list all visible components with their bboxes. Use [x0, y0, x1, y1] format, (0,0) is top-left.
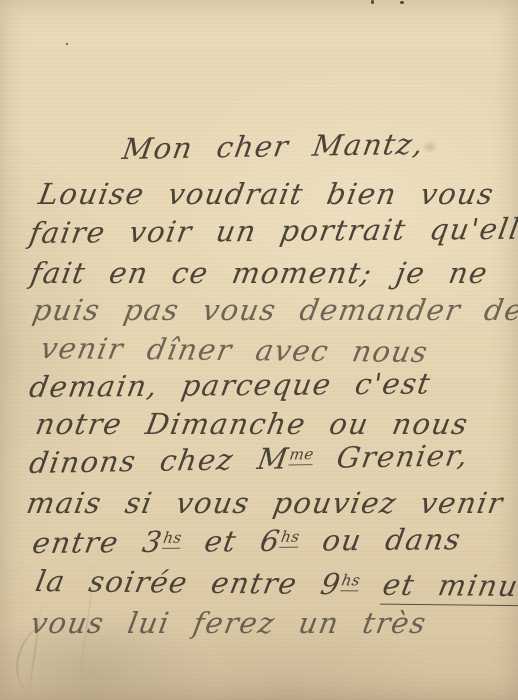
- handwriting-text: la soirée entre 9: [33, 564, 344, 601]
- handwriting-text: dinons chez M: [27, 441, 292, 480]
- letter-line: la soirée entre 9hs et minuit: [33, 564, 518, 603]
- handwriting-text: notre Dimanche ou nous: [33, 407, 471, 441]
- handwriting-text: Louise voudrait bien vous: [36, 177, 497, 211]
- letter-line: demain, parceque c'est: [27, 367, 434, 404]
- handwriting-text: Grenier,: [311, 438, 472, 475]
- ink-speck: [400, 1, 404, 4]
- handwriting-text: venir dîner avec nous: [38, 331, 431, 369]
- letter-line: mais si vous pouviez venir: [24, 486, 507, 520]
- underlined-phrase: et minuit: [379, 568, 518, 607]
- handwriting-text: faire voir un portrait qu'elle: [27, 212, 518, 250]
- handwriting-text: et 6: [178, 524, 283, 559]
- letter-line: fait en ce moment; je ne: [28, 256, 491, 290]
- letter-line: entre 3hs et 6hs ou dans: [30, 522, 464, 560]
- letter-line: Louise voudrait bien vous: [36, 177, 497, 211]
- salutation-line: Mon cher Mantz,: [120, 127, 427, 166]
- handwriting-text: mais si vous pouviez venir: [24, 486, 507, 520]
- handwriting-text: Mon cher Mantz,: [120, 127, 427, 166]
- letter-line: venir dîner avec nous: [38, 331, 431, 369]
- ink-speck: [66, 43, 68, 45]
- letter-line: puis pas vous demander de: [30, 293, 518, 327]
- letter-line: faire voir un portrait qu'elle: [27, 212, 518, 250]
- letter-line: dinons chez Mme Grenier,: [27, 438, 471, 480]
- letter-line: vous lui ferez un très: [28, 606, 430, 640]
- handwriting-text: demain, parceque c'est: [27, 367, 434, 404]
- handwriting-text: entre 3: [30, 525, 166, 560]
- letter-page: Mon cher Mantz, Louise voudrait bien vou…: [0, 0, 518, 700]
- ink-speck: [371, 0, 374, 4]
- superscript-me: me: [288, 445, 315, 465]
- handwriting-text: puis pas vous demander de: [30, 293, 518, 327]
- handwriting-text: ou dans: [296, 522, 464, 557]
- letter-line: notre Dimanche ou nous: [33, 407, 471, 441]
- handwriting-text: vous lui ferez un très: [28, 606, 430, 640]
- handwriting-text: fait en ce moment; je ne: [28, 256, 491, 290]
